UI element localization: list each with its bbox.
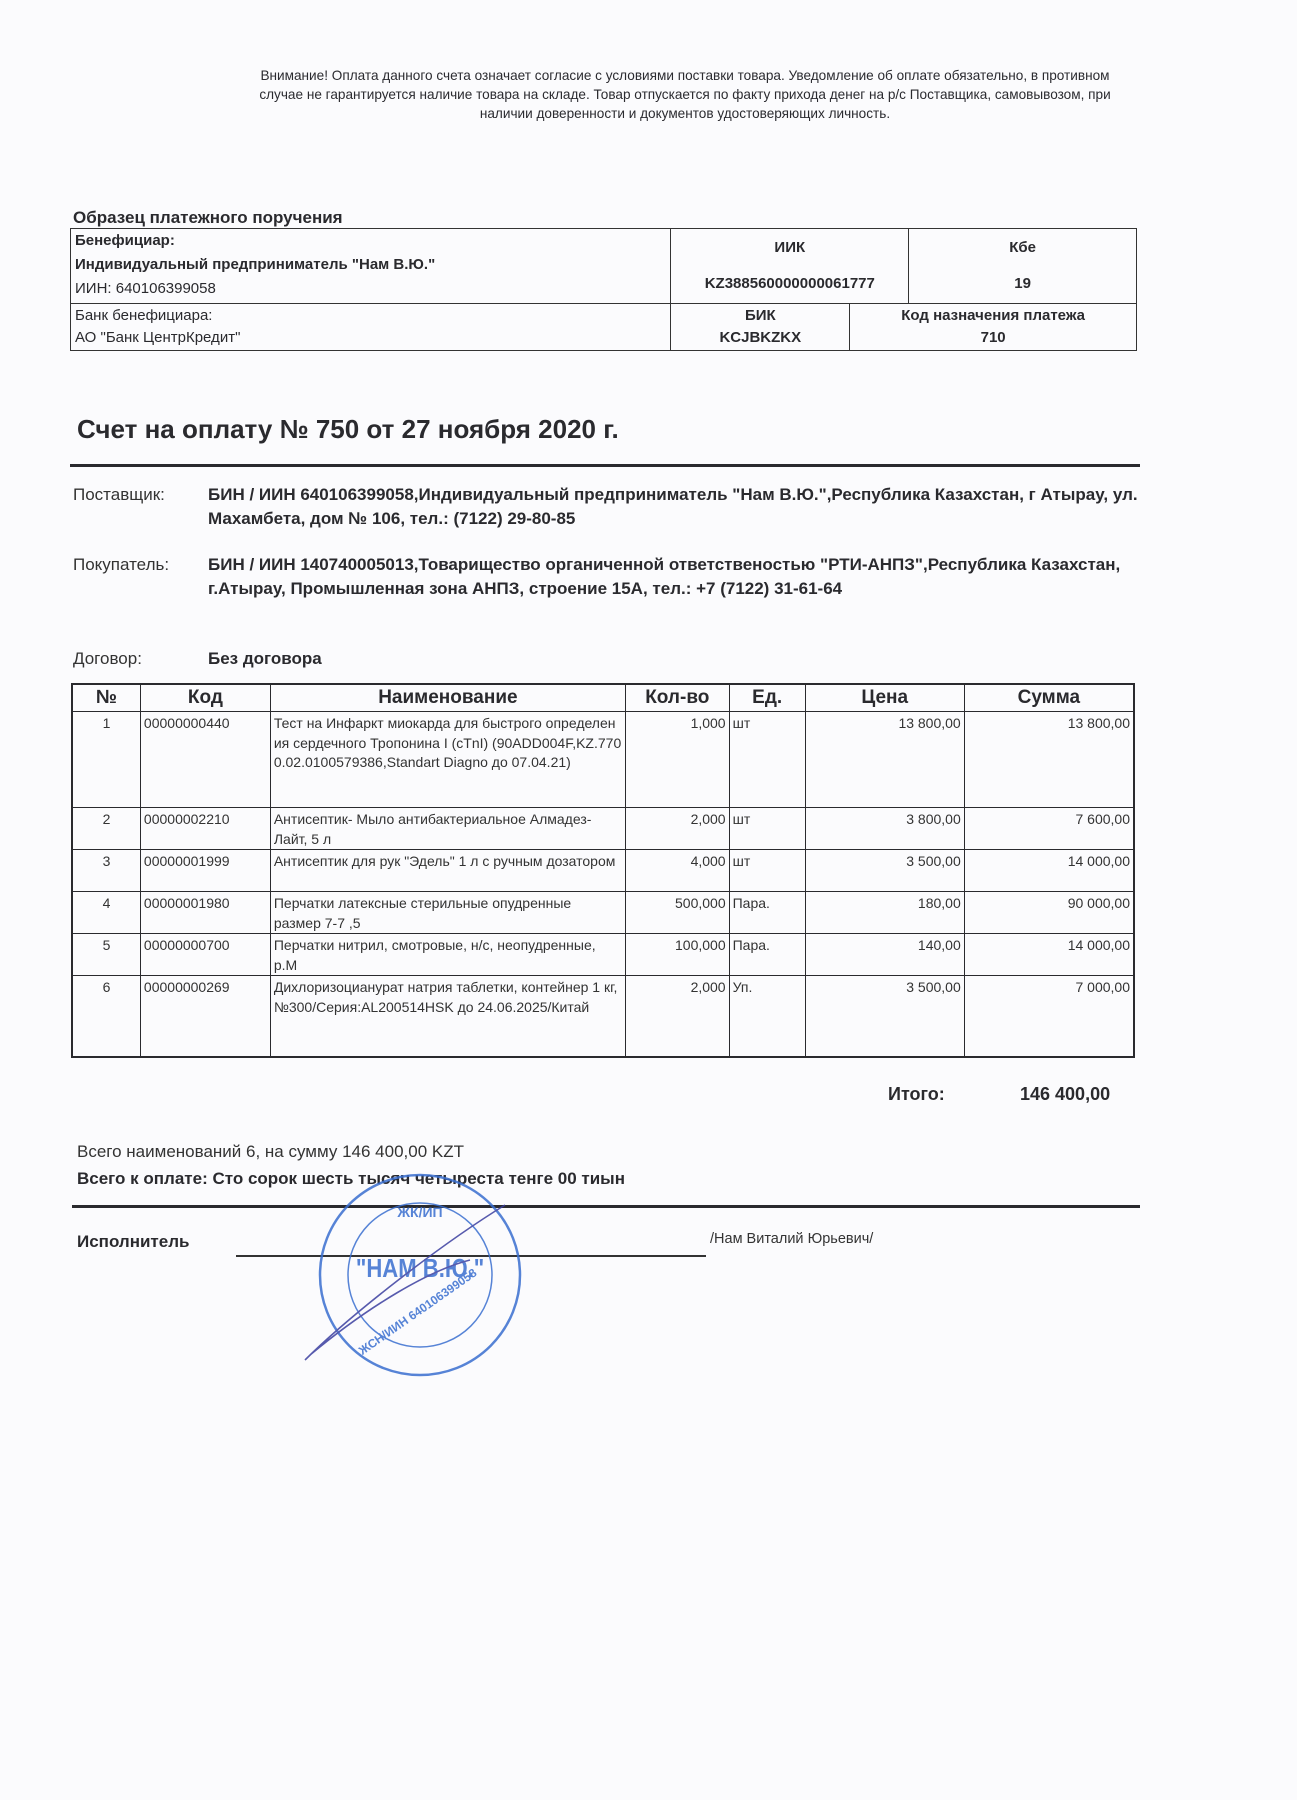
bank-cell: Банк бенефициара: АО "Банк ЦентрКредит" [71,304,671,351]
row-price: 3 500,00 [805,850,964,892]
buyer-block: Покупатель: БИН / ИИН 140740005013,Товар… [73,553,1143,601]
row-unit: шт [729,712,805,808]
row-unit: шт [729,850,805,892]
supplier-value: БИН / ИИН 640106399058,Индивидуальный пр… [208,483,1143,531]
total-value: 146 400,00 [1020,1084,1110,1105]
beneficiary-label: Бенефициар: [75,229,666,253]
stamp-iin-text: ЖСН/ИИН 640106399058 [355,1265,479,1358]
row-sum: 7 600,00 [964,808,1134,850]
row-code: 00000001980 [140,892,270,934]
row-sum: 7 000,00 [964,976,1134,1058]
executor-name: /Нам Виталий Юрьевич/ [710,1231,873,1247]
row-code: 00000002210 [140,808,270,850]
row-unit: Пара. [729,934,805,976]
iik-cell: ИИК KZ388560000000061777 [671,229,909,304]
row-num: 6 [72,976,140,1058]
iik-value: KZ388560000000061777 [675,266,904,302]
header-unit: Ед. [729,684,805,712]
beneficiary-name: Индивидуальный предприниматель "Нам В.Ю.… [75,253,666,277]
row-qty: 2,000 [625,808,729,850]
header-qty: Кол-во [625,684,729,712]
row-qty: 100,000 [625,934,729,976]
total-label: Итого: [888,1084,945,1105]
table-row: 2 00000002210 Антисептик- Мыло антибакте… [72,808,1134,850]
kbe-value: 19 [913,266,1132,302]
signature-line [236,1255,706,1257]
row-unit: шт [729,808,805,850]
row-name: Антисептик для рук "Эдель" 1 л с ручным … [270,850,625,892]
bik-value: KCJBKZKX [675,327,845,349]
contract-label: Договор: [73,647,142,671]
row-unit: Уп. [729,976,805,1058]
header-name: Наименование [270,684,625,712]
header-num: № [72,684,140,712]
row-code: 00000000700 [140,934,270,976]
bank-label: Банк бенефициара: [75,305,666,327]
buyer-value: БИН / ИИН 140740005013,Товарищество орга… [208,553,1143,601]
row-sum: 14 000,00 [964,934,1134,976]
payment-order-table: Бенефициар: Индивидуальный предпринимате… [70,228,1137,351]
items-table-header: № Код Наименование Кол-во Ед. Цена Сумма [72,684,1134,712]
amount-in-words: Всего к оплате: Сто сорок шесть тысяч че… [77,1169,625,1189]
row-name: Перчатки нитрил, смотровые, н/с, неопудр… [270,934,625,976]
row-num: 3 [72,850,140,892]
contract-block: Договор: Без договора [73,647,1143,671]
row-code: 00000000269 [140,976,270,1058]
row-num: 5 [72,934,140,976]
row-sum: 90 000,00 [964,892,1134,934]
iik-label: ИИК [675,230,904,266]
bank-name: АО "Банк ЦентрКредит" [75,327,666,349]
beneficiary-iin: ИИН: 640106399058 [75,277,666,301]
row-sum: 14 000,00 [964,850,1134,892]
table-row: 1 00000000440 Тест на Инфаркт миокарда д… [72,712,1134,808]
buyer-label: Покупатель: [73,553,169,577]
bik-label: БИК [675,305,845,327]
row-name: Перчатки латексные стерильные опудренные… [270,892,625,934]
beneficiary-cell: Бенефициар: Индивидуальный предпринимате… [71,229,671,304]
contract-value: Без договора [208,647,1143,671]
title-divider [70,464,1140,467]
invoice-title: Счет на оплату № 750 от 27 ноября 2020 г… [77,414,619,445]
items-summary: Всего наименований 6, на сумму 146 400,0… [77,1142,464,1162]
table-row: 4 00000001980 Перчатки латексные стериль… [72,892,1134,934]
supplier-label: Поставщик: [73,483,165,507]
executor-label: Исполнитель [77,1232,189,1252]
row-price: 3 500,00 [805,976,964,1058]
company-stamp-icon: ЖК/ИП "НАМ В.Ю." ЖСН/ИИН 640106399058 [290,1165,550,1385]
header-price: Цена [805,684,964,712]
footer-divider [72,1205,1140,1208]
row-name: Тест на Инфаркт миокарда для быстрого оп… [270,712,625,808]
row-price: 180,00 [805,892,964,934]
row-qty: 4,000 [625,850,729,892]
stamp-center-text: "НАМ В.Ю." [356,1254,484,1283]
row-num: 1 [72,712,140,808]
row-price: 13 800,00 [805,712,964,808]
row-qty: 500,000 [625,892,729,934]
row-qty: 2,000 [625,976,729,1058]
row-name: Дихлоризоцианурат натрия таблетки, конте… [270,976,625,1058]
items-table: № Код Наименование Кол-во Ед. Цена Сумма… [71,683,1135,1058]
table-row: 6 00000000269 Дихлоризоцианурат натрия т… [72,976,1134,1058]
row-sum: 13 800,00 [964,712,1134,808]
purpose-code-cell: Код назначения платежа 710 [850,304,1137,351]
row-code: 00000000440 [140,712,270,808]
payment-notice: Внимание! Оплата данного счета означает … [245,66,1125,123]
row-num: 4 [72,892,140,934]
row-price: 3 800,00 [805,808,964,850]
row-name: Антисептик- Мыло антибактериальное Алмад… [270,808,625,850]
row-qty: 1,000 [625,712,729,808]
row-unit: Пара. [729,892,805,934]
kbe-cell: Кбе 19 [909,229,1137,304]
row-price: 140,00 [805,934,964,976]
header-sum: Сумма [964,684,1134,712]
signature-scribble-icon [305,1205,505,1360]
purpose-code-value: 710 [854,327,1132,349]
supplier-block: Поставщик: БИН / ИИН 640106399058,Индиви… [73,483,1143,531]
table-row: 3 00000001999 Антисептик для рук "Эдель"… [72,850,1134,892]
row-num: 2 [72,808,140,850]
table-row: 5 00000000700 Перчатки нитрил, смотровые… [72,934,1134,976]
payment-order-title: Образец платежного поручения [73,208,343,228]
header-code: Код [140,684,270,712]
bik-cell: БИК KCJBKZKX [671,304,850,351]
row-code: 00000001999 [140,850,270,892]
purpose-code-label: Код назначения платежа [854,305,1132,327]
kbe-label: Кбе [913,230,1132,266]
